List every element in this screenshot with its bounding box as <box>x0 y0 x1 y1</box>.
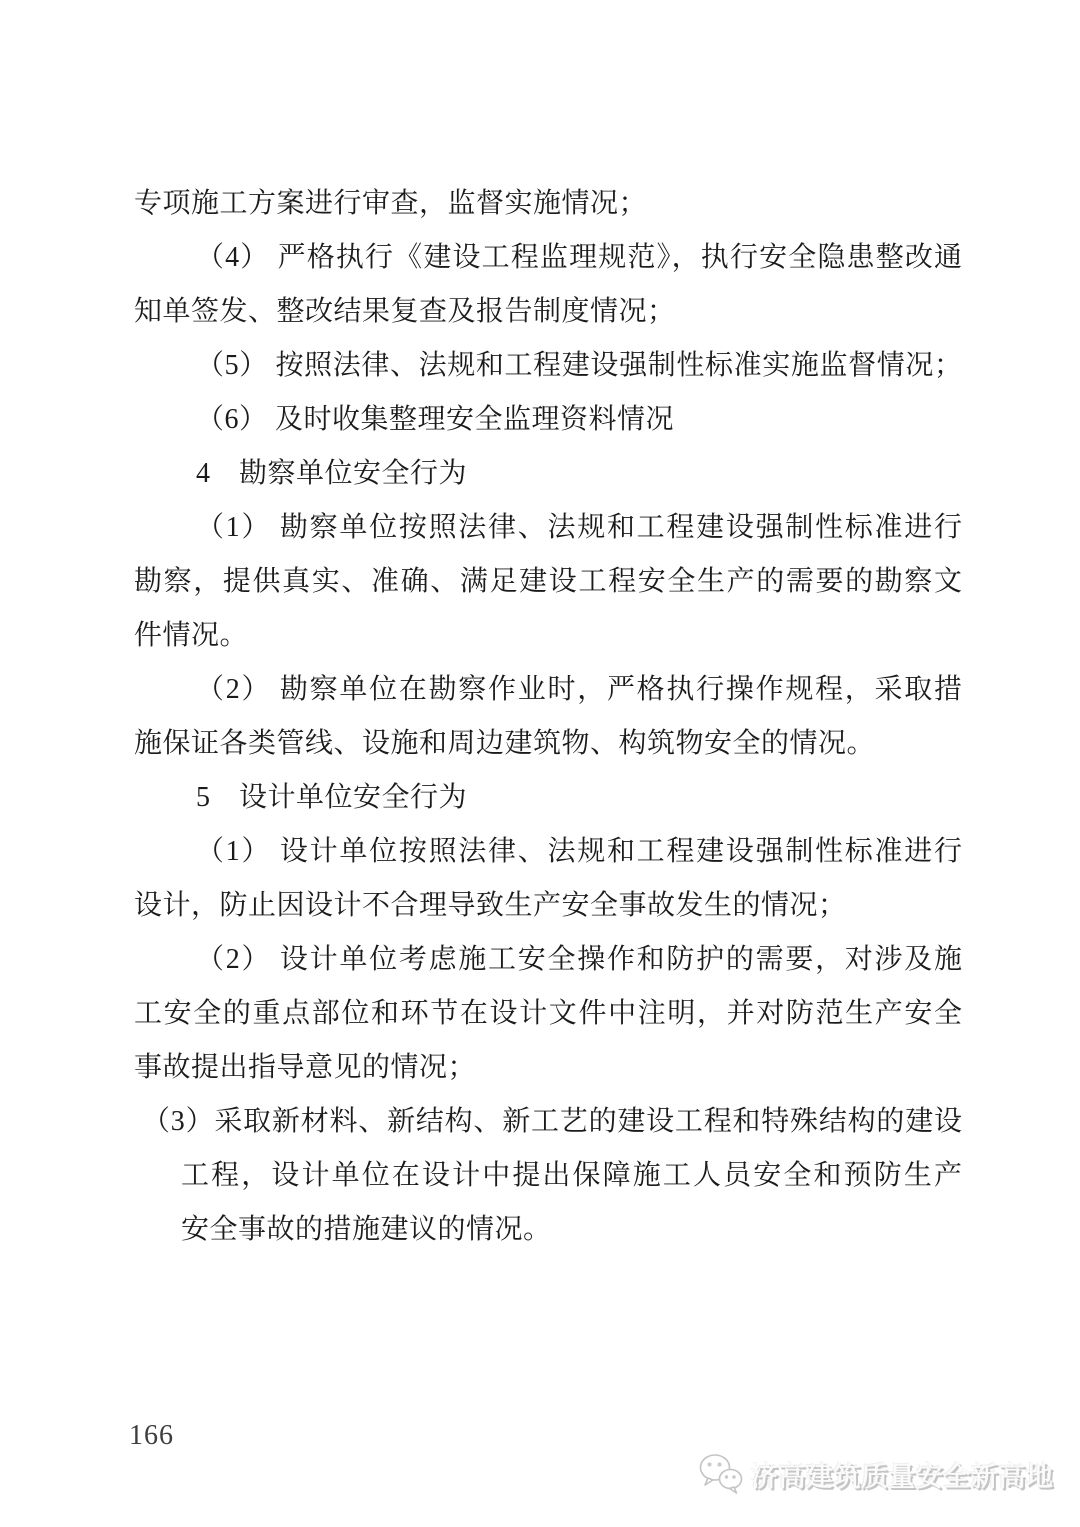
text-line: 安全事故的措施建议的情况。 <box>134 1203 962 1257</box>
text-line: （4） 严格执行《建设工程监理规范》，执行安全隐患整改通 <box>134 231 962 285</box>
text-line: （2） 设计单位考虑施工安全操作和防护的需要，对涉及施 <box>134 933 962 987</box>
watermark: 济高建筑质量安全新高地 <box>698 1448 1054 1500</box>
document-page: { "document": { "lines": [ "专项施工方案进行审查，监… <box>0 0 1080 1527</box>
watermark-text: 济高建筑质量安全新高地 <box>751 1455 1054 1494</box>
section-heading: 4 勘察单位安全行为 <box>134 447 962 501</box>
document-body: 专项施工方案进行审查，监督实施情况； （4） 严格执行《建设工程监理规范》，执行… <box>134 177 962 1257</box>
text-line: （1） 勘察单位按照法律、法规和工程建设强制性标准进行 <box>134 501 962 555</box>
wechat-icon <box>698 1452 744 1496</box>
text-line: 工安全的重点部位和环节在设计文件中注明，并对防范生产安全 <box>134 987 962 1041</box>
text-line: 工程，设计单位在设计中提出保障施工人员安全和预防生产 <box>134 1149 962 1203</box>
text-line: 勘察，提供真实、准确、满足建设工程安全生产的需要的勘察文 <box>134 555 962 609</box>
page-number: 166 <box>129 1420 174 1452</box>
text-line: 知单签发、整改结果复查及报告制度情况； <box>134 285 962 339</box>
text-line: （3）采取新材料、新结构、新工艺的建设工程和特殊结构的建设 <box>134 1095 962 1149</box>
text-line: 事故提出指导意见的情况； <box>134 1041 962 1095</box>
text-line: （6） 及时收集整理安全监理资料情况 <box>134 393 962 447</box>
section-heading: 5 设计单位安全行为 <box>134 771 962 825</box>
text-line: 专项施工方案进行审查，监督实施情况； <box>134 177 962 231</box>
text-line: 件情况。 <box>134 609 962 663</box>
text-line: （2） 勘察单位在勘察作业时，严格执行操作规程，采取措 <box>134 663 962 717</box>
text-line: （1） 设计单位按照法律、法规和工程建设强制性标准进行 <box>134 825 962 879</box>
text-line: 施保证各类管线、设施和周边建筑物、构筑物安全的情况。 <box>134 717 962 771</box>
text-line: 设计，防止因设计不合理导致生产安全事故发生的情况； <box>134 879 962 933</box>
text-line: （5） 按照法律、法规和工程建设强制性标准实施监督情况； <box>134 339 962 393</box>
